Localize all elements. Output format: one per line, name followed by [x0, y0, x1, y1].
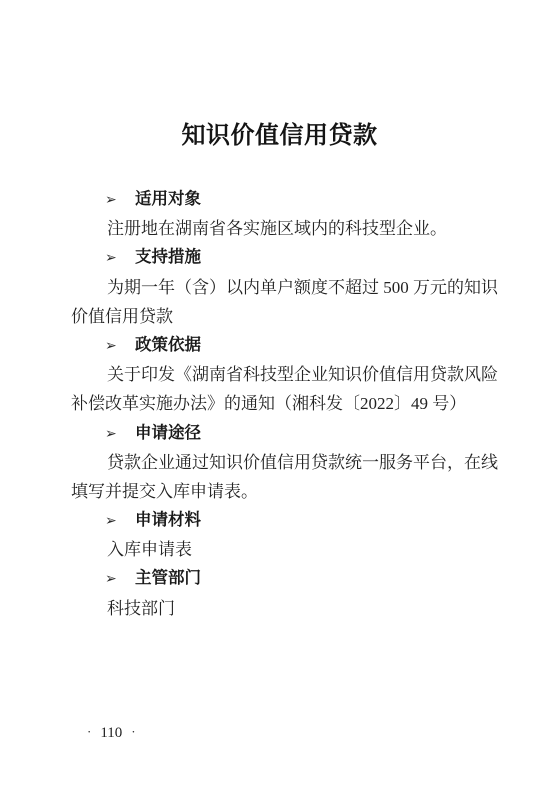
arrow-bullet-icon: ➢: [105, 244, 135, 273]
section-heading-label: 适用对象: [135, 190, 201, 208]
paragraph-line: 贷款企业通过知识价值信用贷款统一服务平台，在线: [71, 448, 504, 477]
page-footer: ·110·: [87, 722, 136, 743]
arrow-bullet-icon: ➢: [105, 332, 135, 361]
section-heading-label: 主管部门: [135, 569, 201, 587]
section-heading-label: 支持措施: [135, 248, 201, 266]
paragraph-line: 科技部门: [71, 594, 504, 623]
page-number-decoration: ·: [87, 724, 91, 739]
page-number-decoration: ·: [131, 724, 135, 739]
section-heading: ➢支持措施: [71, 243, 504, 272]
section-heading: ➢政策依据: [71, 331, 504, 360]
paragraph-line: 补偿改革实施办法》的通知（湘科发〔2022〕49 号）: [71, 389, 504, 418]
arrow-bullet-icon: ➢: [105, 507, 135, 536]
paragraph-line: 为期一年（含）以内单户额度不超过 500 万元的知识: [71, 273, 504, 302]
section-heading-label: 政策依据: [135, 336, 201, 354]
section-heading: ➢适用对象: [71, 185, 504, 214]
section-heading: ➢主管部门: [71, 564, 504, 593]
paragraph-line: 价值信用贷款: [71, 302, 504, 331]
arrow-bullet-icon: ➢: [105, 420, 135, 449]
paragraph-line: 填写并提交入库申请表。: [71, 477, 504, 506]
section-heading: ➢申请途径: [71, 419, 504, 448]
paragraph-line: 入库申请表: [71, 535, 504, 564]
paragraph-line: 关于印发《湖南省科技型企业知识价值信用贷款风险: [71, 360, 504, 389]
page-number: 110: [100, 725, 122, 741]
section-heading-label: 申请途径: [135, 424, 201, 442]
document-page: 知识价值信用贷款 ➢适用对象 注册地在湖南省各实施区域内的科技型企业。 ➢支持措…: [0, 0, 559, 793]
arrow-bullet-icon: ➢: [105, 186, 135, 215]
page-title: 知识价值信用贷款: [0, 119, 559, 153]
paragraph-line: 注册地在湖南省各实施区域内的科技型企业。: [71, 214, 504, 243]
section-heading: ➢申请材料: [71, 506, 504, 535]
document-content: ➢适用对象 注册地在湖南省各实施区域内的科技型企业。 ➢支持措施 为期一年（含）…: [71, 185, 504, 623]
arrow-bullet-icon: ➢: [105, 565, 135, 594]
section-heading-label: 申请材料: [135, 511, 201, 529]
